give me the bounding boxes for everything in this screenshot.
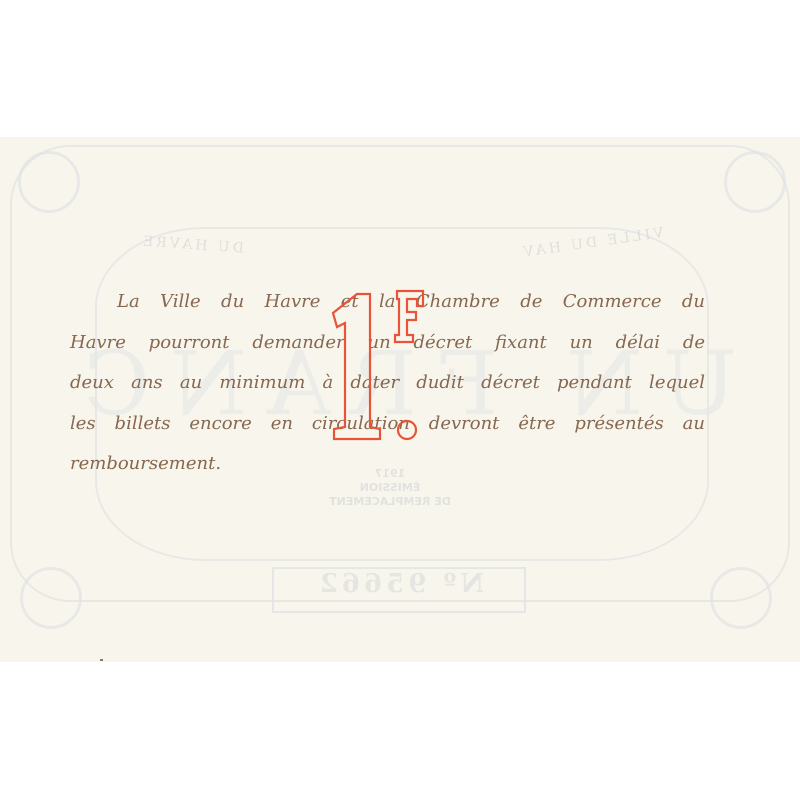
clause-line: La Ville du Havre et la Chambre de Comme… xyxy=(70,282,705,323)
bleed-through-serial-number: Nº 95662 xyxy=(285,569,515,599)
rosette-ornament-icon xyxy=(710,567,772,629)
bleed-replacement: DE REMPLACEMENT xyxy=(290,495,490,509)
clause-line: remboursement. xyxy=(70,444,705,485)
rosette-ornament-icon xyxy=(724,151,786,213)
paper-speck xyxy=(100,659,103,661)
clause-line: les billets encore en circulation devron… xyxy=(70,404,705,445)
banknote-back: DU HAVRE VILLE DU HAV UN FRANC 1917 ÉMIS… xyxy=(0,137,800,662)
clause-line: deux ans au minimum à dater dudit décret… xyxy=(70,363,705,404)
clause-line: Havre pourront demander un décret fixant… xyxy=(70,323,705,364)
rosette-ornament-icon xyxy=(18,151,80,213)
rosette-ornament-icon xyxy=(20,567,82,629)
redemption-clause: La Ville du Havre et la Chambre de Comme… xyxy=(70,282,705,485)
